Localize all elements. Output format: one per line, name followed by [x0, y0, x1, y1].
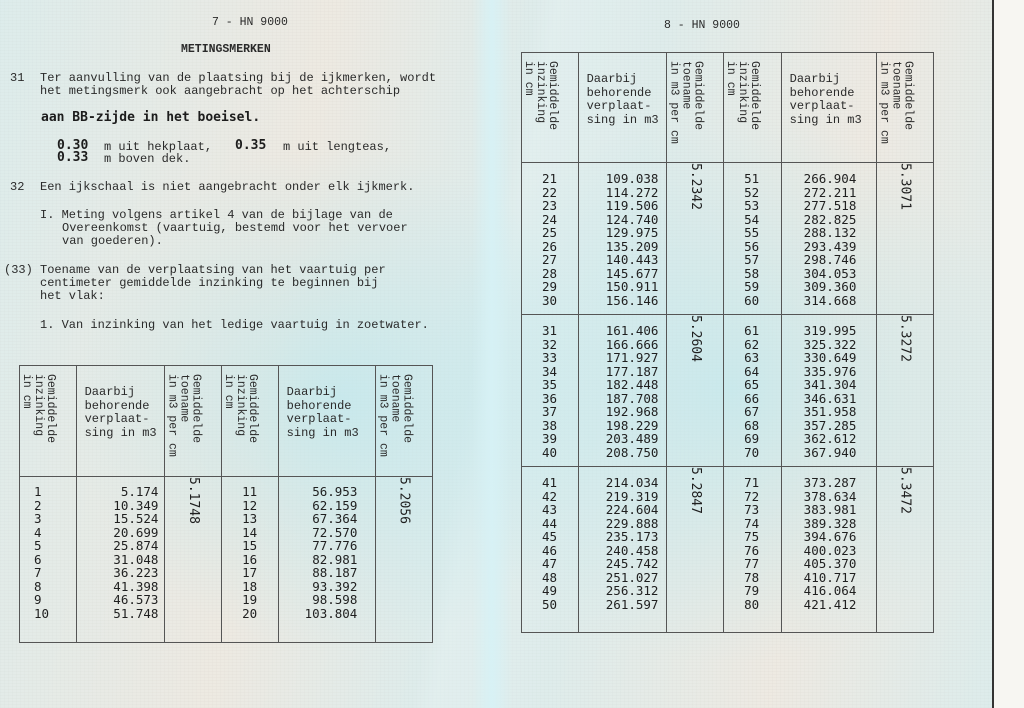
page-fold — [472, 0, 512, 708]
table-cell: 288.132 — [782, 226, 857, 240]
table-cell: 22 — [542, 186, 578, 200]
table-cell: 73 — [744, 503, 781, 517]
table-cell: 50 — [542, 598, 578, 612]
table-cell: 335.976 — [782, 365, 857, 379]
rate-value: 5.2342 — [688, 163, 703, 210]
table-cell: 77 — [744, 557, 781, 571]
table-cell: 88.187 — [279, 566, 358, 580]
table-cell: 26 — [542, 240, 578, 254]
table-cell: 61 — [744, 324, 781, 338]
rate-value: 5.3071 — [898, 163, 913, 210]
table-cell: 36 — [542, 392, 578, 406]
table-cell: 346.631 — [782, 392, 857, 406]
item-32-text: Een ijkschaal is niet aangebracht onder … — [40, 181, 414, 194]
table-cell: 63 — [744, 351, 781, 365]
table-cell: 66 — [744, 392, 781, 406]
table-cell: 309.360 — [782, 280, 857, 294]
table-cell: 52 — [744, 186, 781, 200]
table-cell: 42 — [542, 490, 578, 504]
table-header-row: Gemiddelde inzinking in cm Daarbij behor… — [522, 53, 934, 163]
table-cell: 235.173 — [579, 530, 659, 544]
table-cell: 293.439 — [782, 240, 857, 254]
table-cell: 68 — [744, 419, 781, 433]
displacement-column: 5.17410.34915.52420.69925.87431.04836.22… — [77, 477, 165, 620]
table-cell: 82.981 — [279, 553, 358, 567]
scan-margin — [994, 0, 1024, 708]
table-cell: 2 — [34, 499, 76, 513]
table-cell: 13 — [242, 512, 278, 526]
table-cell: 203.489 — [579, 432, 659, 446]
table-cell: 79 — [744, 584, 781, 598]
table-cell: 75 — [744, 530, 781, 544]
page-header-left: 7 - HN 9000 — [212, 16, 288, 29]
draft-column: 12345678910 — [20, 477, 76, 620]
table-cell: 389.328 — [782, 517, 857, 531]
table-cell: 27 — [542, 253, 578, 267]
header-increase: Gemiddelde toename in m3 per cm — [667, 53, 703, 144]
table-cell: 60 — [744, 294, 781, 308]
displacement-column: 56.95362.15967.36472.57077.77682.98188.1… — [279, 477, 376, 620]
table-cell: 55 — [744, 226, 781, 240]
table-cell: 166.666 — [579, 338, 659, 352]
table-cell: 261.597 — [579, 598, 659, 612]
table-cell: 129.975 — [579, 226, 659, 240]
table-cell: 45 — [542, 530, 578, 544]
table-cell: 8 — [34, 580, 76, 594]
table-cell: 124.740 — [579, 213, 659, 227]
table-cell: 67 — [744, 405, 781, 419]
table-cell: 266.904 — [782, 172, 857, 186]
table-cell: 46.573 — [77, 593, 159, 607]
value-lengteas-label: m uit lengteas, — [283, 141, 391, 154]
table-cell: 208.750 — [579, 446, 659, 460]
table-cell: 7 — [34, 566, 76, 580]
header-increase: Gemiddelde toename in m3 per cm — [877, 53, 913, 144]
table-cell: 65 — [744, 378, 781, 392]
table-cell: 72.570 — [279, 526, 358, 540]
table-cell: 32 — [542, 338, 578, 352]
draft-column: 51525354555657585960 — [724, 163, 781, 307]
rate-value: 5.2604 — [688, 315, 703, 362]
table-row-block: 31323334353637383940 161.406166.666171.9… — [522, 315, 934, 467]
table-cell: 229.888 — [579, 517, 659, 531]
table-cell: 64 — [744, 365, 781, 379]
table-cell: 48 — [542, 571, 578, 585]
table-cell: 69 — [744, 432, 781, 446]
table-cell: 77.776 — [279, 539, 358, 553]
table-cell: 373.287 — [782, 476, 857, 490]
table-cell: 10.349 — [77, 499, 159, 513]
rate-value: 5.3472 — [898, 467, 913, 514]
table-cell: 93.392 — [279, 580, 358, 594]
header-displacement: Daarbij behorende verplaat- sing in m3 — [77, 366, 165, 440]
rate-value: 5.1748 — [186, 477, 201, 524]
table-cell: 58 — [744, 267, 781, 281]
table-cell: 298.746 — [782, 253, 857, 267]
item-31-line-2: het metingsmerk ook aangebracht op het a… — [40, 85, 400, 98]
table-row-block: 21222324252627282930 109.038114.272119.5… — [522, 163, 934, 315]
table-cell: 240.458 — [579, 544, 659, 558]
table-cell: 277.518 — [782, 199, 857, 213]
table-cell: 405.370 — [782, 557, 857, 571]
table-cell: 394.676 — [782, 530, 857, 544]
table-cell: 31 — [542, 324, 578, 338]
header-displacement: Daarbij behorende verplaat- sing in m3 — [782, 53, 877, 127]
page-header-right: 8 - HN 9000 — [664, 19, 740, 32]
table-cell: 383.981 — [782, 503, 857, 517]
table-cell: 56.953 — [279, 485, 358, 499]
displacement-column: 214.034219.319224.604229.888235.173240.4… — [579, 467, 667, 611]
displacement-column: 266.904272.211277.518282.825288.132293.4… — [782, 163, 877, 307]
table-cell: 14 — [242, 526, 278, 540]
displacement-table-left: Gemiddelde inzinking in cm Daarbij behor… — [19, 365, 433, 643]
table-cell: 330.649 — [782, 351, 857, 365]
table-cell: 5.174 — [77, 485, 159, 499]
draft-column: 41424344454647484950 — [522, 467, 578, 611]
table-cell: 47 — [542, 557, 578, 571]
table-cell: 67.364 — [279, 512, 358, 526]
header-displacement: Daarbij behorende verplaat- sing in m3 — [279, 366, 376, 440]
table-cell: 410.717 — [782, 571, 857, 585]
table-cell: 62.159 — [279, 499, 358, 513]
table-cell: 19 — [242, 593, 278, 607]
table-cell: 40 — [542, 446, 578, 460]
section-title: METINGSMERKEN — [181, 43, 271, 56]
table-cell: 70 — [744, 446, 781, 460]
table-cell: 272.211 — [782, 186, 857, 200]
table-cell: 251.027 — [579, 571, 659, 585]
table-cell: 5 — [34, 539, 76, 553]
table-row-block: 12345678910 5.17410.34915.52420.69925.87… — [20, 477, 433, 643]
table-cell: 57 — [744, 253, 781, 267]
table-cell: 43 — [542, 503, 578, 517]
draft-column: 71727374757677787980 — [724, 467, 781, 611]
table-cell: 400.023 — [782, 544, 857, 558]
table-cell: 171.927 — [579, 351, 659, 365]
rate-value: 5.2847 — [688, 467, 703, 514]
mark-location: aan BB-zijde in het boeisel. — [41, 111, 260, 124]
rate-value: 5.3272 — [898, 315, 913, 362]
table-cell: 98.598 — [279, 593, 358, 607]
table-cell: 12 — [242, 499, 278, 513]
table-cell: 44 — [542, 517, 578, 531]
table-cell: 37 — [542, 405, 578, 419]
header-displacement: Daarbij behorende verplaat- sing in m3 — [579, 53, 667, 127]
table-cell: 29 — [542, 280, 578, 294]
table-cell: 28 — [542, 267, 578, 281]
table-cell: 30 — [542, 294, 578, 308]
item-I-line-3: van goederen). — [62, 235, 163, 248]
header-draft: Gemiddelde inzinking in cm — [724, 53, 760, 130]
header-draft: Gemiddelde inzinking in cm — [222, 366, 258, 443]
table-cell: 6 — [34, 553, 76, 567]
table-cell: 416.064 — [782, 584, 857, 598]
table-cell: 46 — [542, 544, 578, 558]
table-row-block: 41424344454647484950 214.034219.319224.6… — [522, 467, 934, 633]
value-dek-label: m boven dek. — [104, 153, 190, 166]
displacement-column: 109.038114.272119.506124.740129.975135.2… — [579, 163, 667, 307]
table-cell: 367.940 — [782, 446, 857, 460]
table-cell: 11 — [242, 485, 278, 499]
table-cell: 74 — [744, 517, 781, 531]
table-cell: 51 — [744, 172, 781, 186]
table-cell: 41 — [542, 476, 578, 490]
table-header-row: Gemiddelde inzinking in cm Daarbij behor… — [20, 366, 433, 477]
header-draft: Gemiddelde inzinking in cm — [522, 53, 558, 130]
table-cell: 51.748 — [77, 607, 159, 621]
table-cell: 214.034 — [579, 476, 659, 490]
draft-column: 61626364656667686970 — [724, 315, 781, 459]
table-cell: 39 — [542, 432, 578, 446]
table-cell: 34 — [542, 365, 578, 379]
table-cell: 351.958 — [782, 405, 857, 419]
displacement-column: 319.995325.322330.649335.976341.304346.6… — [782, 315, 877, 459]
table-cell: 15 — [242, 539, 278, 553]
table-cell: 20.699 — [77, 526, 159, 540]
table-cell: 187.708 — [579, 392, 659, 406]
table-cell: 145.677 — [579, 267, 659, 281]
table-cell: 53 — [744, 199, 781, 213]
table-cell: 54 — [744, 213, 781, 227]
item-number-33: (33) — [4, 264, 33, 277]
draft-column: 31323334353637383940 — [522, 315, 578, 459]
table-cell: 198.229 — [579, 419, 659, 433]
table-cell: 103.804 — [279, 607, 358, 621]
table-cell: 62 — [744, 338, 781, 352]
table-cell: 114.272 — [579, 186, 659, 200]
displacement-column: 373.287378.634383.981389.328394.676400.0… — [782, 467, 877, 611]
table-cell: 192.968 — [579, 405, 659, 419]
table-cell: 109.038 — [579, 172, 659, 186]
table-cell: 150.911 — [579, 280, 659, 294]
table-cell: 15.524 — [77, 512, 159, 526]
displacement-column: 161.406166.666171.927177.187182.448187.7… — [579, 315, 667, 459]
table-cell: 341.304 — [782, 378, 857, 392]
table-cell: 76 — [744, 544, 781, 558]
table-cell: 161.406 — [579, 324, 659, 338]
table-cell: 10 — [34, 607, 76, 621]
draft-column: 11121314151617181920 — [222, 477, 278, 620]
table-cell: 38 — [542, 419, 578, 433]
displacement-table-right: Gemiddelde inzinking in cm Daarbij behor… — [521, 52, 934, 633]
table-cell: 325.322 — [782, 338, 857, 352]
table-cell: 17 — [242, 566, 278, 580]
table-cell: 256.312 — [579, 584, 659, 598]
table-cell: 56 — [744, 240, 781, 254]
table-cell: 31.048 — [77, 553, 159, 567]
table-cell: 25 — [542, 226, 578, 240]
draft-column: 21222324252627282930 — [522, 163, 578, 307]
table-cell: 59 — [744, 280, 781, 294]
item-number-32: 32 — [10, 181, 24, 194]
table-cell: 4 — [34, 526, 76, 540]
table-cell: 16 — [242, 553, 278, 567]
table-cell: 3 — [34, 512, 76, 526]
table-cell: 362.612 — [782, 432, 857, 446]
table-cell: 119.506 — [579, 199, 659, 213]
table-cell: 378.634 — [782, 490, 857, 504]
table-cell: 18 — [242, 580, 278, 594]
table-cell: 135.209 — [579, 240, 659, 254]
rate-value: 5.2056 — [397, 477, 412, 524]
table-cell: 177.187 — [579, 365, 659, 379]
table-cell: 71 — [744, 476, 781, 490]
table-cell: 25.874 — [77, 539, 159, 553]
item-1-text: 1. Van inzinking van het ledige vaartuig… — [40, 319, 429, 332]
table-cell: 20 — [242, 607, 278, 621]
table-cell: 36.223 — [77, 566, 159, 580]
table-cell: 72 — [744, 490, 781, 504]
table-cell: 357.285 — [782, 419, 857, 433]
item-number-31: 31 — [10, 72, 24, 85]
header-increase: Gemiddelde toename in m3 per cm — [376, 366, 412, 457]
table-cell: 421.412 — [782, 598, 857, 612]
item-33-line-3: het vlak: — [40, 290, 105, 303]
table-cell: 41.398 — [77, 580, 159, 594]
table-cell: 1 — [34, 485, 76, 499]
table-cell: 78 — [744, 571, 781, 585]
table-cell: 282.825 — [782, 213, 857, 227]
table-cell: 24 — [542, 213, 578, 227]
table-cell: 319.995 — [782, 324, 857, 338]
value-lengteas: 0.35 — [235, 139, 266, 152]
table-cell: 219.319 — [579, 490, 659, 504]
table-cell: 49 — [542, 584, 578, 598]
table-cell: 182.448 — [579, 378, 659, 392]
table-cell: 304.053 — [782, 267, 857, 281]
table-cell: 245.742 — [579, 557, 659, 571]
table-cell: 23 — [542, 199, 578, 213]
table-cell: 35 — [542, 378, 578, 392]
table-cell: 21 — [542, 172, 578, 186]
table-cell: 314.668 — [782, 294, 857, 308]
table-cell: 224.604 — [579, 503, 659, 517]
table-cell: 9 — [34, 593, 76, 607]
table-cell: 140.443 — [579, 253, 659, 267]
header-draft: Gemiddelde inzinking in cm — [20, 366, 56, 443]
header-increase: Gemiddelde toename in m3 per cm — [165, 366, 201, 457]
table-cell: 33 — [542, 351, 578, 365]
table-cell: 156.146 — [579, 294, 659, 308]
table-cell: 80 — [744, 598, 781, 612]
value-dek: 0.33 — [57, 151, 88, 164]
